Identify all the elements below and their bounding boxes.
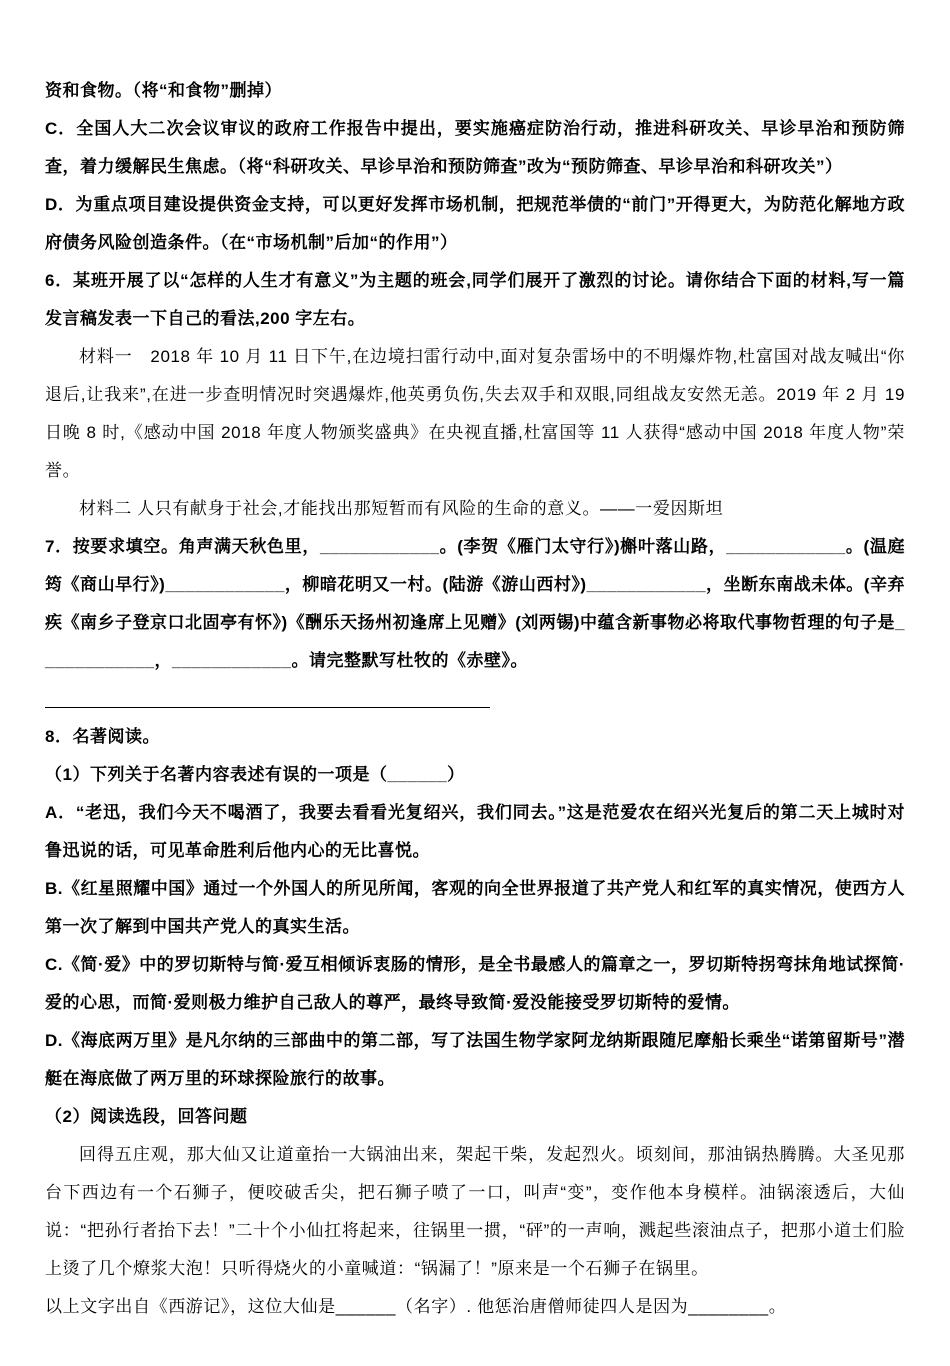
option-c-sentence-revision: C．全国人大二次会议审议的政府工作报告中提出，要实施癌症防治行动，推进科研攻关、… — [45, 110, 905, 186]
option-d-sentence-revision: D．为重点项目建设提供资金支持，可以更好发挥市场机制，把规范举债的“前门”开得更… — [45, 186, 905, 262]
question-8-part-1-prompt: （1）下列关于名著内容表述有误的一项是（______） — [45, 756, 905, 794]
answer-blank-line — [45, 707, 490, 708]
question-8-part-2-prompt: （2）阅读选段，回答问题 — [45, 1098, 905, 1136]
material-1: 材料一 2018 年 10 月 11 日下午,在边境扫雷行动中,面对复杂雷场中的… — [45, 338, 905, 490]
question-6-prompt: 6．某班开展了以“怎样的人生才有意义”为主题的班会,同学们展开了激烈的讨论。请你… — [45, 262, 905, 338]
answer-blank-row — [45, 680, 905, 718]
material-2: 材料二 人只有献身于社会,才能找出那短暂而有风险的生命的意义。——一爱因斯坦 — [45, 490, 905, 528]
question-7-fill-in-blanks: 7．按要求填空。角声满天秋色里，____________。(李贺《雁门太守行》)… — [45, 528, 905, 680]
option-c-famous-works: C.《简·爱》中的罗切斯特与简·爱互相倾诉衷肠的情形，是全书最感人的篇章之一，罗… — [45, 946, 905, 1022]
option-b-famous-works: B.《红星照耀中国》通过一个外国人的所见所闻，客观的向全世界报道了共产党人和红军… — [45, 870, 905, 946]
text-line-continuation: 资和食物。（将“和食物”删掉） — [45, 72, 905, 110]
exam-paper-page: 资和食物。（将“和食物”删掉） C．全国人大二次会议审议的政府工作报告中提出，要… — [0, 0, 950, 1366]
question-8-heading: 8．名著阅读。 — [45, 718, 905, 756]
novel-excerpt: 回得五庄观，那大仙又让道童抬一大锅油出来，架起干柴，发起烈火。顷刻间，那油锅热腾… — [45, 1136, 905, 1288]
option-a-famous-works: A．“老迅，我们今天不喝酒了，我要去看看光复绍兴，我们同去。”这是范爱农在绍兴光… — [45, 794, 905, 870]
option-d-famous-works: D.《海底两万里》是凡尔纳的三部曲中的第二部，写了法国生物学家阿龙纳斯跟随尼摩船… — [45, 1022, 905, 1098]
question-8-part-2-blanks: 以上文字出自《西游记》，这位大仙是______（名字）. 他惩治唐僧师徒四人是因… — [45, 1288, 905, 1326]
